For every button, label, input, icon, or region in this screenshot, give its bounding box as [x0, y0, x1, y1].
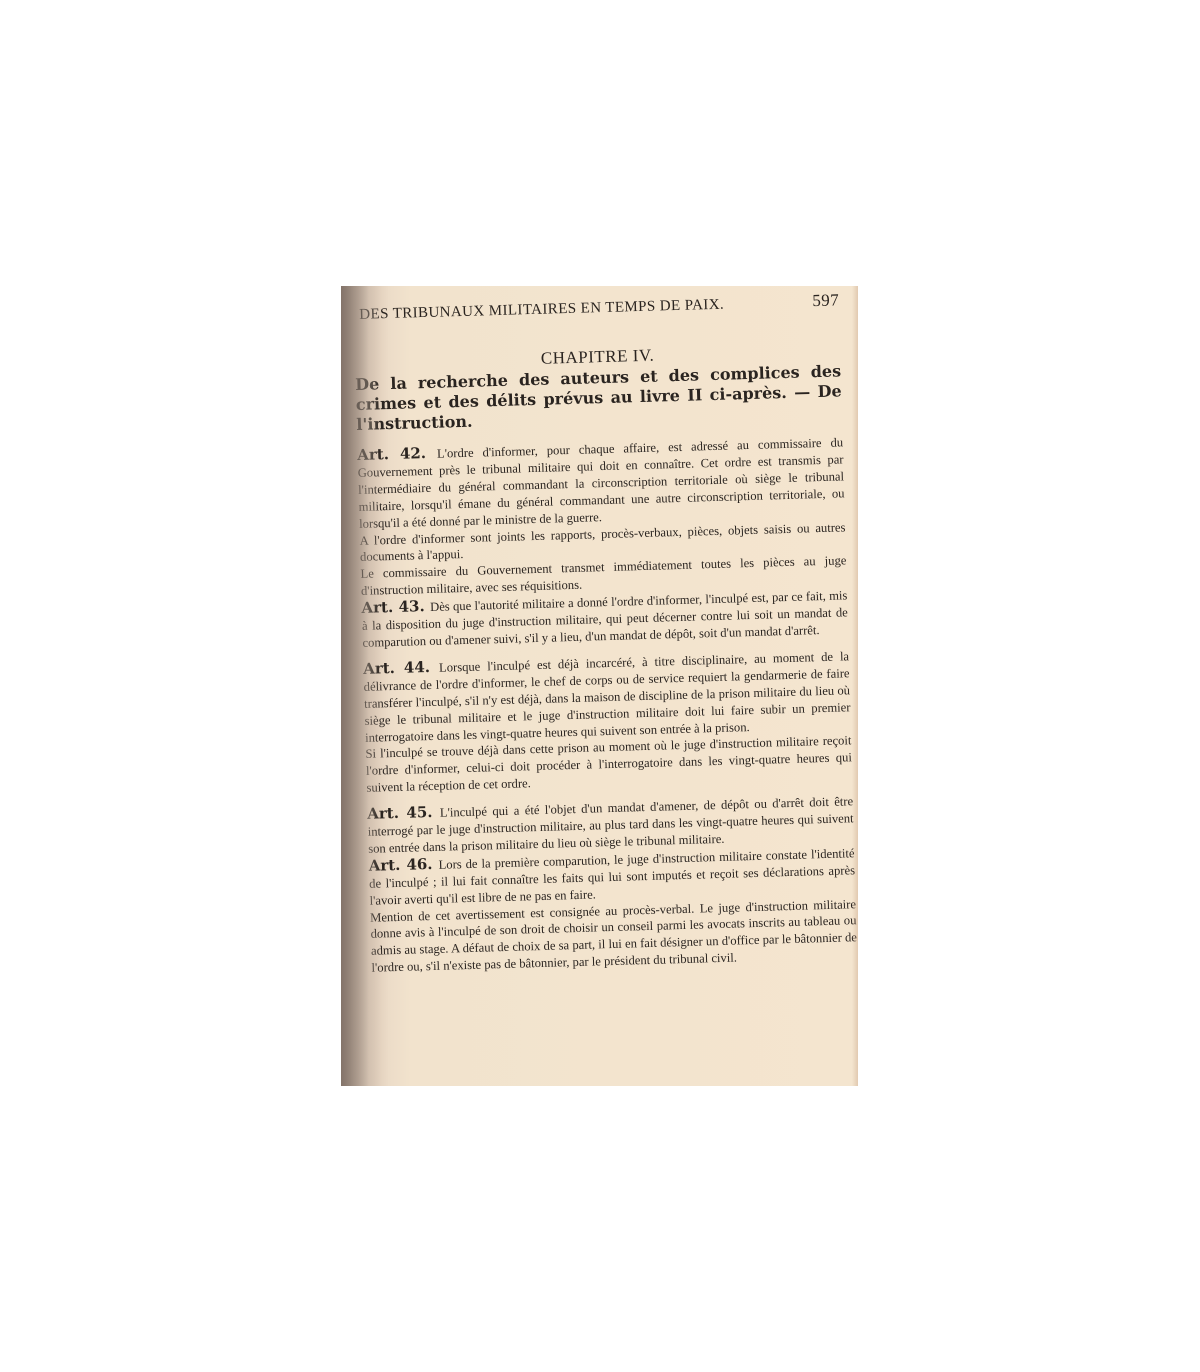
running-head: DES TRIBUNAUX MILITAIRES EN TEMPS DE PAI… — [353, 290, 839, 324]
article-label: Art. 46. — [368, 855, 438, 875]
article-art44: Art. 44. Lorsque l'inculpé est déjà inca… — [363, 647, 851, 746]
article-label: Art. 44. — [363, 658, 439, 678]
article-art42: Art. 42. L'ordre d'informer, pour chaque… — [357, 433, 845, 532]
chapter-title: De la recherche des auteurs et des compl… — [355, 361, 842, 435]
article-text: Dès que l'autorité militaire a donné l'o… — [362, 588, 848, 649]
article-paragraph: Mention de cet avertissement est consign… — [370, 896, 858, 977]
page-content: DES TRIBUNAUX MILITAIRES EN TEMPS DE PAI… — [353, 290, 858, 976]
book-page: DES TRIBUNAUX MILITAIRES EN TEMPS DE PAI… — [341, 286, 858, 1086]
article-label: Art. 42. — [357, 444, 437, 464]
article-label: Art. 43. — [361, 597, 430, 617]
article-label: Art. 45. — [367, 803, 440, 823]
articles: Art. 42. L'ordre d'informer, pour chaque… — [357, 433, 858, 977]
article-text: Mention de cet avertissement est consign… — [370, 897, 857, 975]
running-head-title: DES TRIBUNAUX MILITAIRES EN TEMPS DE PAI… — [359, 297, 724, 324]
page-number: 597 — [812, 290, 839, 311]
